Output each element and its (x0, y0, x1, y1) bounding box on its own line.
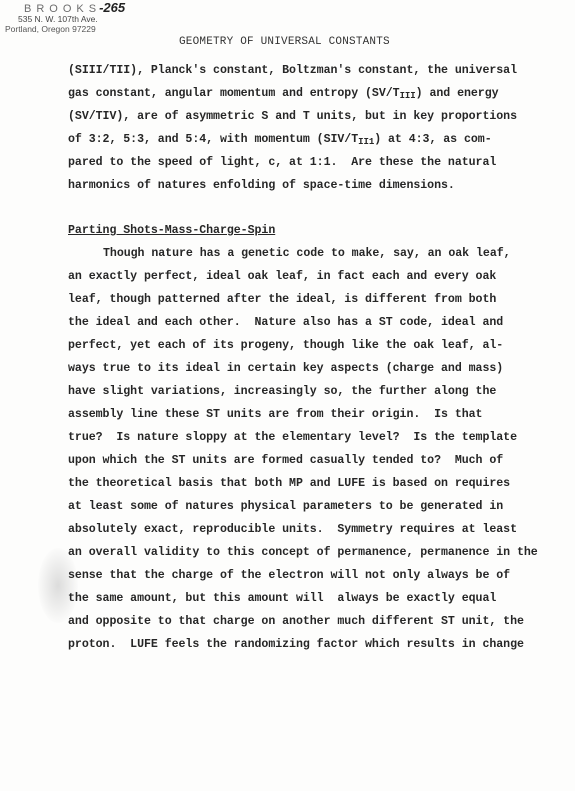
page-number: -265 (99, 0, 125, 15)
paragraph-intro: (SIII/TII), Planck's constant, Boltzman'… (68, 59, 568, 197)
subscript: II1 (358, 137, 374, 147)
text-line: have slight variations, increasingly so,… (68, 380, 568, 403)
stamp-address-street: 535 N. W. 107th Ave. (4, 14, 125, 24)
text-segment: harmonics of natures enfolding of space-… (68, 179, 455, 192)
text-line: proton. LUFE feels the randomizing facto… (68, 633, 568, 656)
subscript: III (400, 91, 416, 101)
text-line: sense that the charge of the electron wi… (68, 564, 568, 587)
text-line: of 3:2, 5:3, and 5:4, with momentum (SIV… (68, 128, 568, 151)
text-line: Though nature has a genetic code to make… (68, 242, 568, 265)
text-line: true? Is nature sloppy at the elementary… (68, 426, 568, 449)
text-line: the ideal and each other. Nature also ha… (68, 311, 568, 334)
text-line: absolutely exact, reproducible units. Sy… (68, 518, 568, 541)
text-line: leaf, though patterned after the ideal, … (68, 288, 568, 311)
text-line: at least some of natures physical parame… (68, 495, 568, 518)
text-line: the same amount, but this amount will al… (68, 587, 568, 610)
paragraph-section: Though nature has a genetic code to make… (68, 242, 568, 656)
text-segment: of 3:2, 5:3, and 5:4, with momentum (SIV… (68, 133, 358, 146)
text-segment: ) at 4:3, as com- (374, 133, 491, 146)
text-line: assembly line these ST units are from th… (68, 403, 568, 426)
text-segment: (SIII/TII), Planck's constant, Boltzman'… (68, 64, 517, 77)
text-segment: (SV/TIV), are of asymmetric S and T unit… (68, 110, 517, 123)
text-line: (SV/TIV), are of asymmetric S and T unit… (68, 105, 568, 128)
address-stamp: BROOKS-265 535 N. W. 107th Ave. Portland… (4, 3, 125, 34)
section-heading: Parting Shots-Mass-Charge-Spin (68, 219, 568, 242)
text-line: and opposite to that charge on another m… (68, 610, 568, 633)
text-line: upon which the ST units are formed casua… (68, 449, 568, 472)
text-segment: ) and energy (416, 87, 499, 100)
document-body: (SIII/TII), Planck's constant, Boltzman'… (68, 59, 568, 656)
text-line: harmonics of natures enfolding of space-… (68, 174, 568, 197)
text-line: ways true to its ideal in certain key as… (68, 357, 568, 380)
document-title: GEOMETRY OF UNIVERSAL CONSTANTS (179, 36, 390, 48)
text-segment: pared to the speed of light, c, at 1:1. … (68, 156, 496, 169)
stamp-address-city: Portland, Oregon 97229 (4, 24, 125, 34)
text-line: the theoretical basis that both MP and L… (68, 472, 568, 495)
text-line: an exactly perfect, ideal oak leaf, in f… (68, 265, 568, 288)
text-line: perfect, yet each of its progeny, though… (68, 334, 568, 357)
text-line: an overall validity to this concept of p… (68, 541, 568, 564)
text-line: pared to the speed of light, c, at 1:1. … (68, 151, 568, 174)
text-line: (SIII/TII), Planck's constant, Boltzman'… (68, 59, 568, 82)
text-line: gas constant, angular momentum and entro… (68, 82, 568, 105)
text-segment: gas constant, angular momentum and entro… (68, 87, 400, 100)
